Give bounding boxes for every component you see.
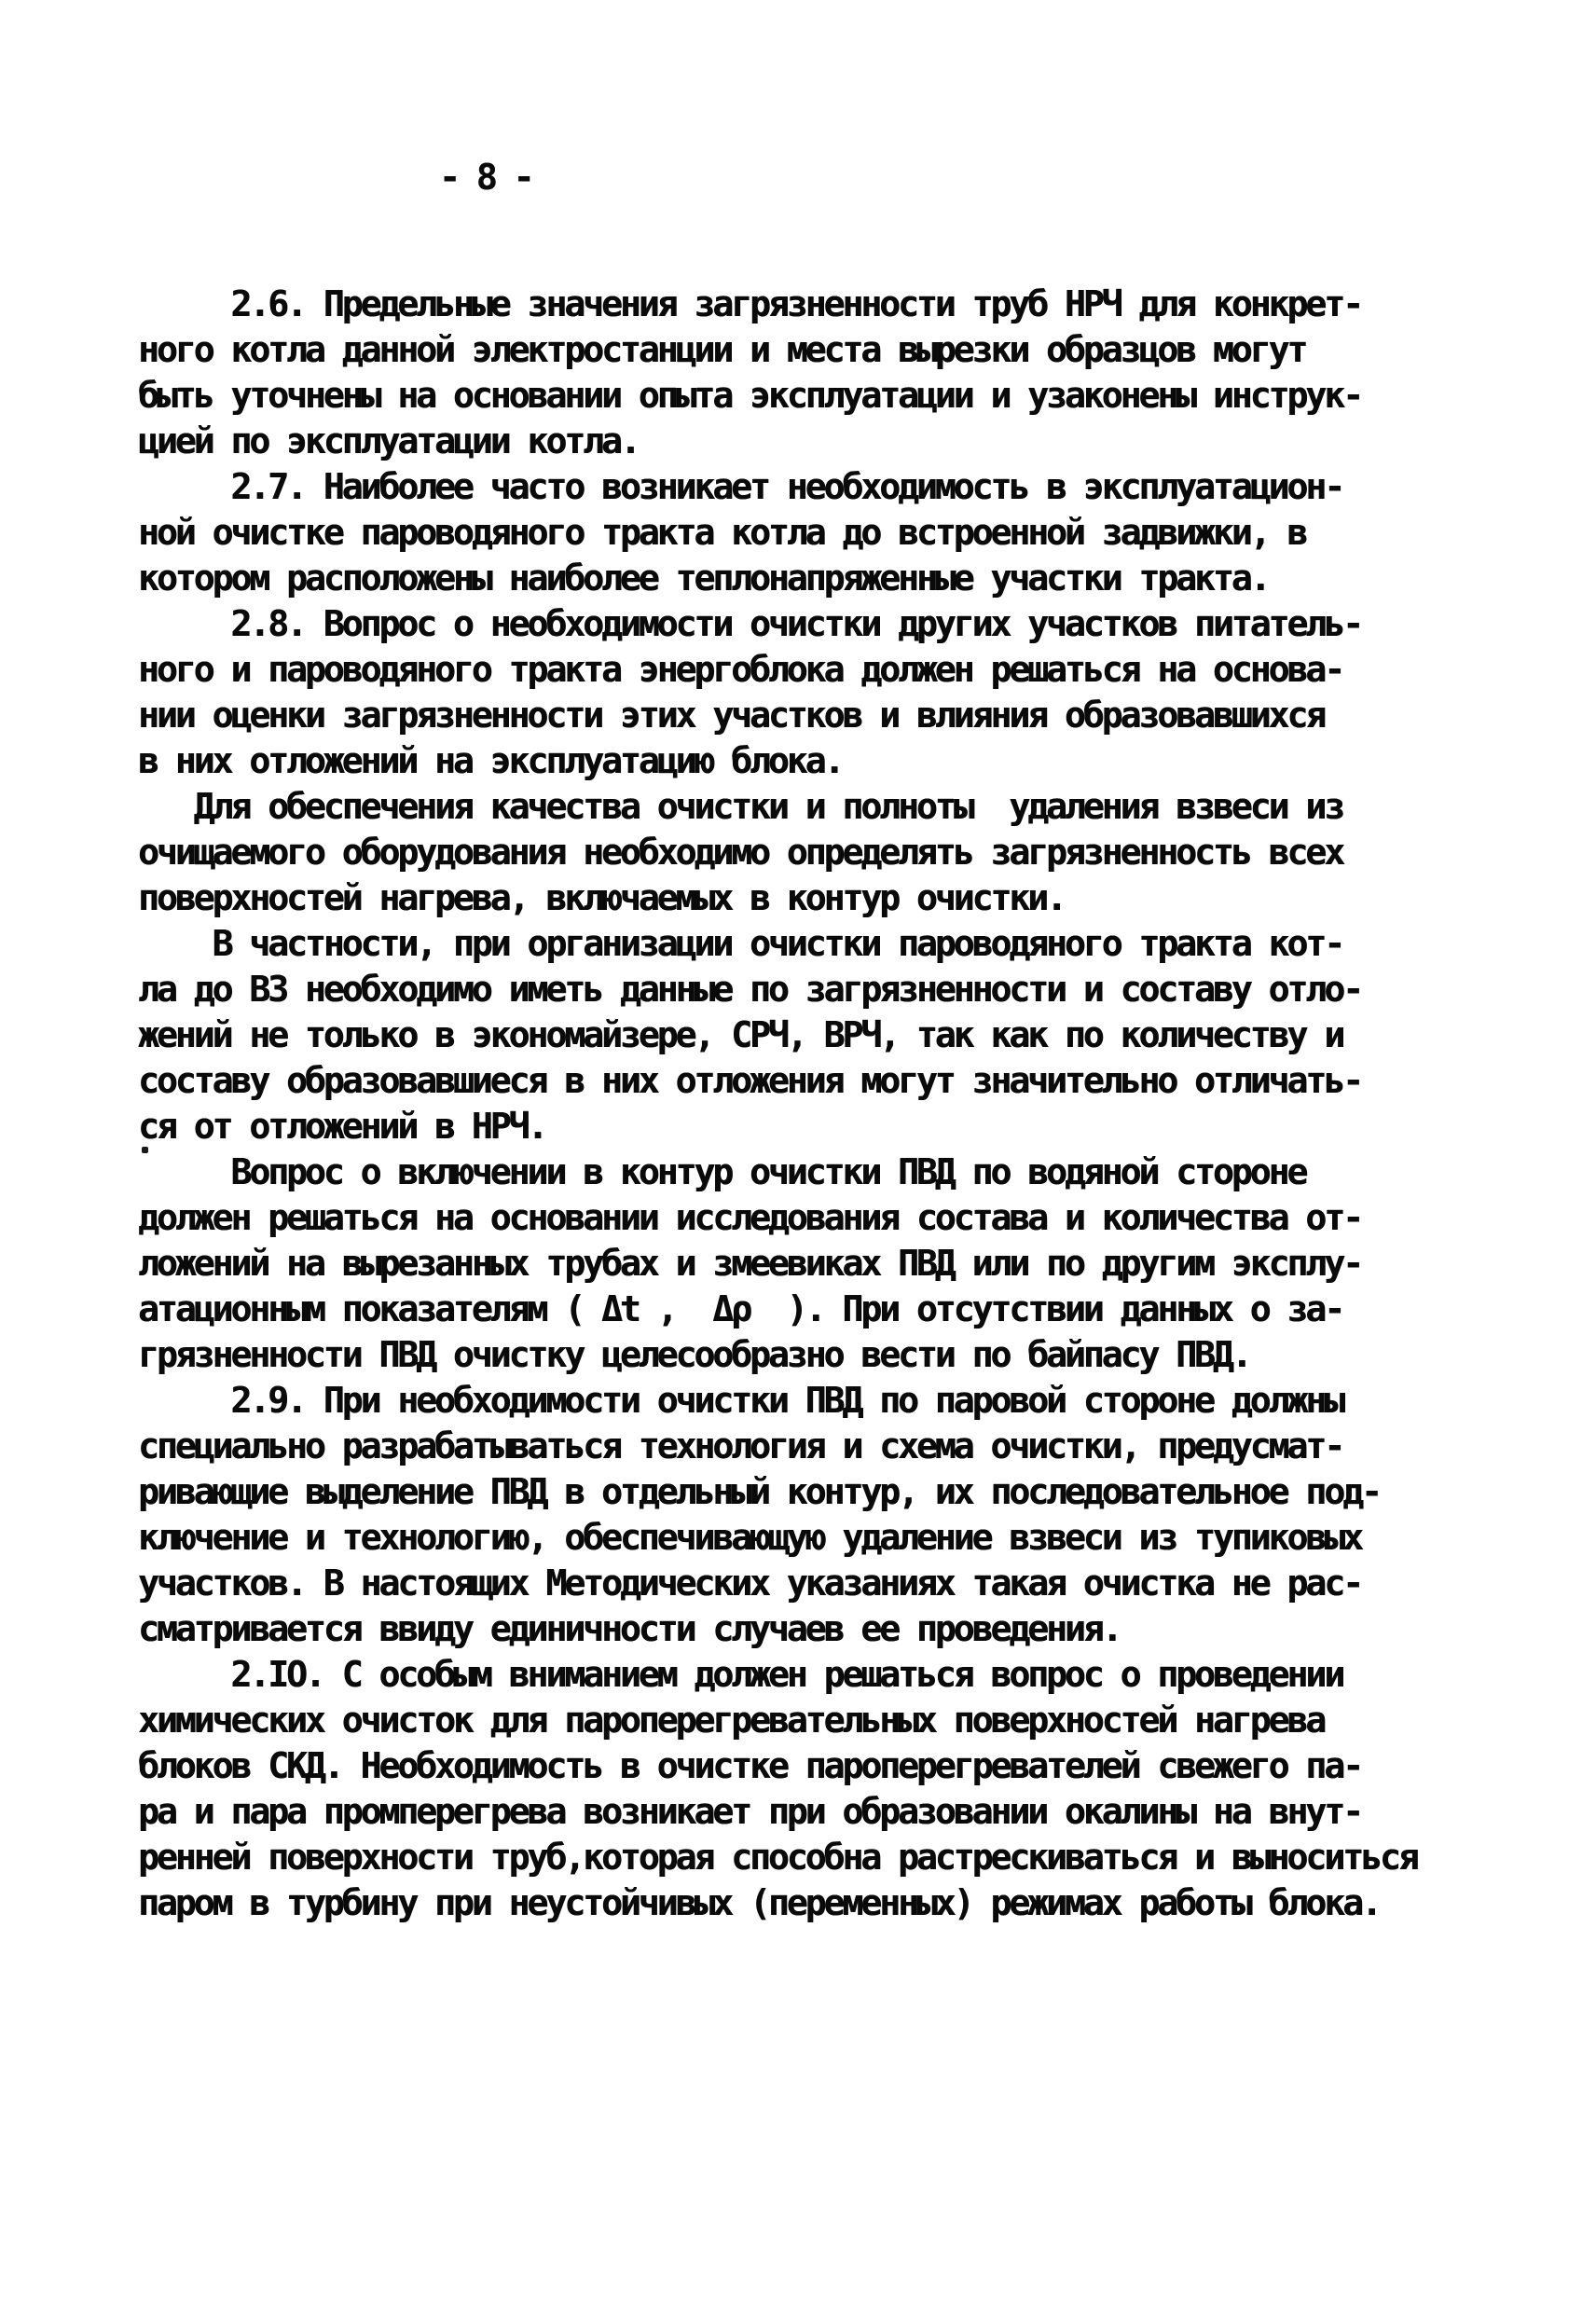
text-line: сматривается ввиду единичности случаев е… <box>138 1606 1518 1652</box>
text-line: должен решаться на основании исследовани… <box>138 1195 1518 1241</box>
text-line: ключение и технологию, обеспечивающую уд… <box>138 1515 1518 1561</box>
text-line: ривающие выделение ПВД в отдельный конту… <box>138 1469 1518 1515</box>
text-line: ся от отложений в НРЧ. <box>138 1104 1518 1150</box>
text-line: Для обеспечения качества очистки и полно… <box>138 784 1518 830</box>
text-line: 2.9. При необходимости очистки ПВД по па… <box>138 1378 1518 1424</box>
text-line: ла до ВЗ необходимо иметь данные по загр… <box>138 967 1518 1012</box>
text-line: 2.7. Наиболее часто возникает необходимо… <box>138 464 1518 510</box>
text-line: нии оценки загрязненности этих участков … <box>138 693 1518 738</box>
text-line: паром в турбину при неустойчивых (переме… <box>138 1880 1518 1926</box>
text-line: ного и пароводяного тракта энергоблока д… <box>138 647 1518 693</box>
text-line: В частности, при организации очистки пар… <box>138 921 1518 967</box>
text-line: ного котла данной электростанции и места… <box>138 327 1518 373</box>
text-line: очищаемого оборудования необходимо опред… <box>138 830 1518 875</box>
text-line: составу образовавшиеся в них отложения м… <box>138 1058 1518 1104</box>
text-line: жений не только в экономайзере, СРЧ, ВРЧ… <box>138 1012 1518 1058</box>
text-line: ренней поверхности труб,которая способна… <box>138 1835 1518 1880</box>
text-line: Вопрос о включении в контур очистки ПВД … <box>138 1150 1518 1195</box>
document-page: - 8 - 2.6. Предельные значения загрязнен… <box>0 0 1596 2313</box>
text-line: в них отложений на эксплуатацию блока. <box>138 738 1518 784</box>
text-line: быть уточнены на основании опыта эксплуа… <box>138 373 1518 419</box>
text-line: ра и пара промперегрева возникает при об… <box>138 1789 1518 1835</box>
text-line: котором расположены наиболее теплонапряж… <box>138 556 1518 601</box>
text-line: участков. В настоящих Методических указа… <box>138 1561 1518 1606</box>
text-line: грязненности ПВД очистку целесообразно в… <box>138 1332 1518 1378</box>
text-line: 2.IO. С особым вниманием должен решаться… <box>138 1652 1518 1698</box>
text-line: блоков СКД. Необходимость в очистке паро… <box>138 1743 1518 1789</box>
text-line: ложений на вырезанных трубах и змеевиках… <box>138 1241 1518 1287</box>
text-line: цией по эксплуатации котла. <box>138 419 1518 464</box>
text-line: атационным показателям ( Δt , Δρ ). При … <box>138 1287 1518 1332</box>
text-block: 2.6. Предельные значения загрязненности … <box>138 282 1518 1926</box>
text-line: 2.8. Вопрос о необходимости очистки друг… <box>138 601 1518 647</box>
text-line: ной очистке пароводяного тракта котла до… <box>138 510 1518 556</box>
text-line: поверхностей нагрева, включаемых в конту… <box>138 875 1518 921</box>
text-line: химических очисток для пароперегреватель… <box>138 1698 1518 1743</box>
scan-artifact-dot <box>142 1147 148 1153</box>
text-line: 2.6. Предельные значения загрязненности … <box>138 282 1518 327</box>
page-number: - 8 - <box>439 157 531 198</box>
text-line: специально разрабатываться технология и … <box>138 1424 1518 1469</box>
